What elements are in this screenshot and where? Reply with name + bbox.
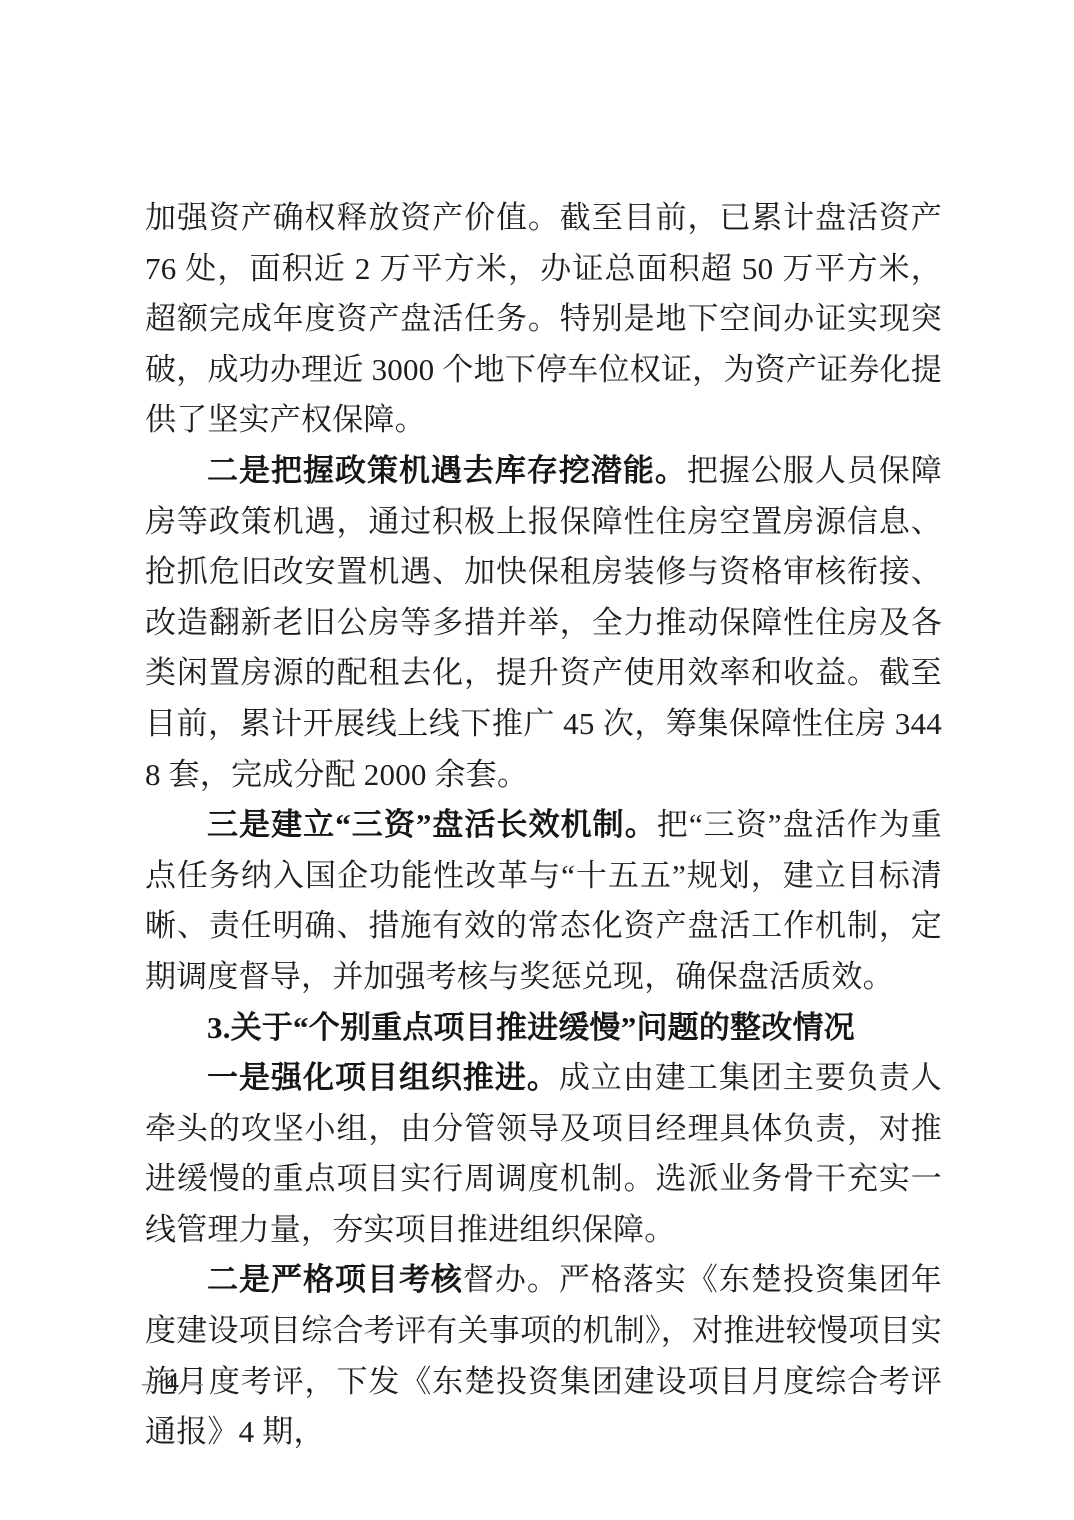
paragraph-text: 把握公服人员保障房等政策机遇，通过积极上报保障性住房空置房源信息、抢抓危旧改安置… <box>145 453 942 792</box>
paragraph-lead-bold: 三是建立“三资”盘活长效机制。 <box>207 807 657 842</box>
paragraph-lead-bold: 二是把握政策机遇去库存挖潜能。 <box>207 453 687 488</box>
section-heading-rectification: 3.关于“个别重点项目推进缓慢”问题的整改情况 <box>145 1003 942 1054</box>
paragraph-text: 加强资产确权释放资产价值。截至目前，已累计盘活资产 76 处，面积近 2 万平方… <box>145 200 942 437</box>
page-number: 4 <box>157 1367 189 1397</box>
document-body: 加强资产确权释放资产价值。截至目前，已累计盘活资产 76 处，面积近 2 万平方… <box>145 193 942 1458</box>
paragraph-point-two-assessment: 二是严格项目考核督办。严格落实《东楚投资集团年度建设项目综合考评有关事项的机制》… <box>145 1255 942 1457</box>
document-page: 加强资产确权释放资产价值。截至目前，已累计盘活资产 76 处，面积近 2 万平方… <box>0 0 1074 1520</box>
page-number-dash-left: – <box>141 1367 157 1397</box>
paragraph-lead-bold: 二是严格项目考核 <box>207 1262 463 1297</box>
paragraph-lead-bold: 一是强化项目组织推进。 <box>207 1060 559 1095</box>
paragraph-point-three-mechanism: 三是建立“三资”盘活长效机制。把“三资”盘活作为重点任务纳入国企功能性改革与“十… <box>145 800 942 1002</box>
page-footer: –4– <box>141 1366 204 1398</box>
paragraph-point-two-policy: 二是把握政策机遇去库存挖潜能。把握公服人员保障房等政策机遇，通过积极上报保障性住… <box>145 446 942 800</box>
paragraph-point-one-organization: 一是强化项目组织推进。成立由建工集团主要负责人牵头的攻坚小组，由分管领导及项目经… <box>145 1053 942 1255</box>
paragraph-continuation: 加强资产确权释放资产价值。截至目前，已累计盘活资产 76 处，面积近 2 万平方… <box>145 193 942 446</box>
page-number-dash-right: – <box>188 1367 204 1397</box>
section-heading-text: 3.关于“个别重点项目推进缓慢”问题的整改情况 <box>207 1010 855 1045</box>
